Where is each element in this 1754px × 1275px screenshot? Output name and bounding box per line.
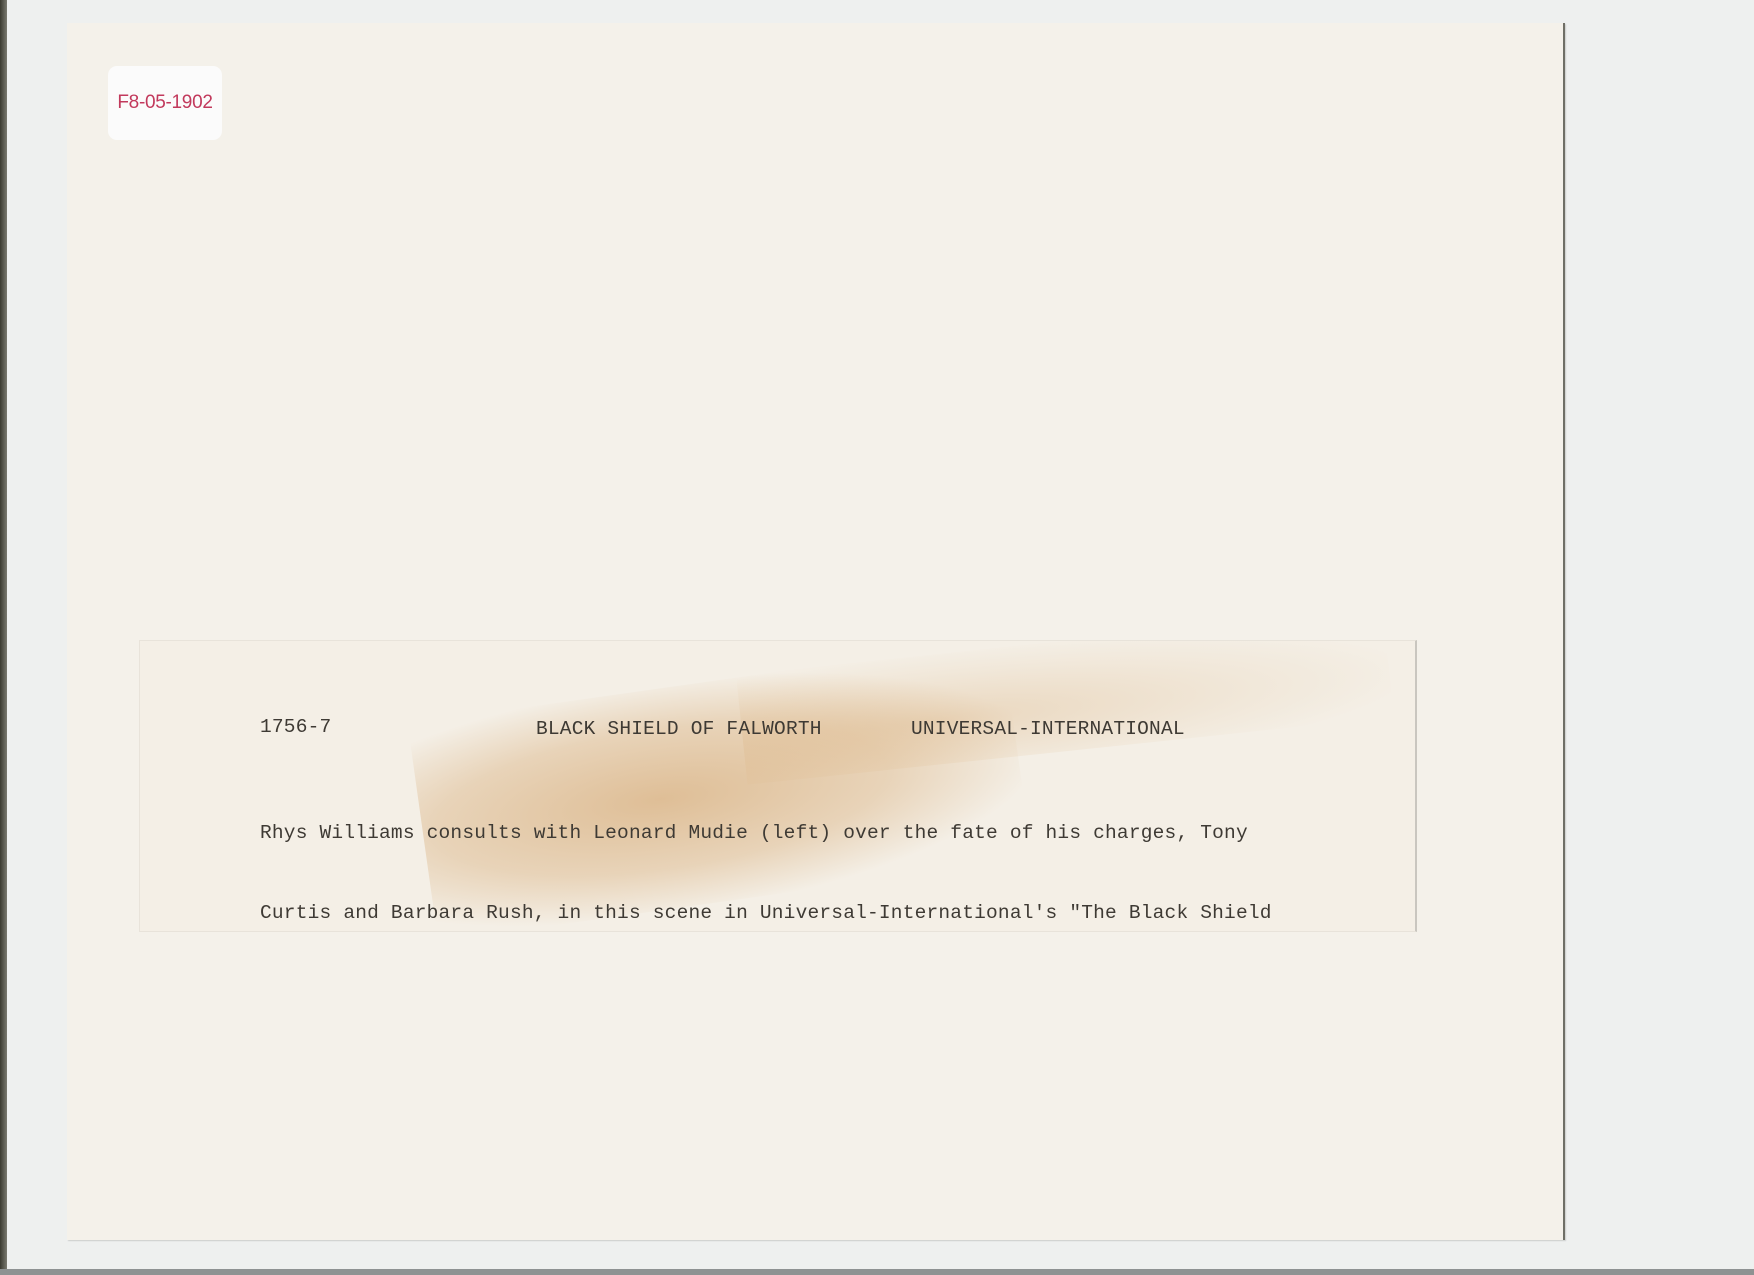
caption-line: Rhys Williams consults with Leonard Mudi… (260, 820, 1272, 847)
archive-id-label: F8-05-1902 (108, 66, 222, 140)
studio-name: UNIVERSAL-INTERNATIONAL (911, 718, 1185, 740)
caption-line: Curtis and Barbara Rush, in this scene i… (260, 900, 1272, 927)
caption-body: Rhys Williams consults with Leonard Mudi… (260, 767, 1272, 932)
still-number: 1756-7 (260, 716, 331, 738)
photo-back-card (67, 23, 1565, 1240)
caption-strip: 1756-7 BLACK SHIELD OF FALWORTH UNIVERSA… (139, 640, 1417, 932)
scan-bottom-edge (0, 1269, 1754, 1275)
archive-id-text: F8-05-1902 (117, 92, 212, 114)
film-title: BLACK SHIELD OF FALWORTH (536, 718, 822, 740)
water-stain-faint (736, 640, 1394, 785)
scan-left-edge (0, 0, 7, 1275)
